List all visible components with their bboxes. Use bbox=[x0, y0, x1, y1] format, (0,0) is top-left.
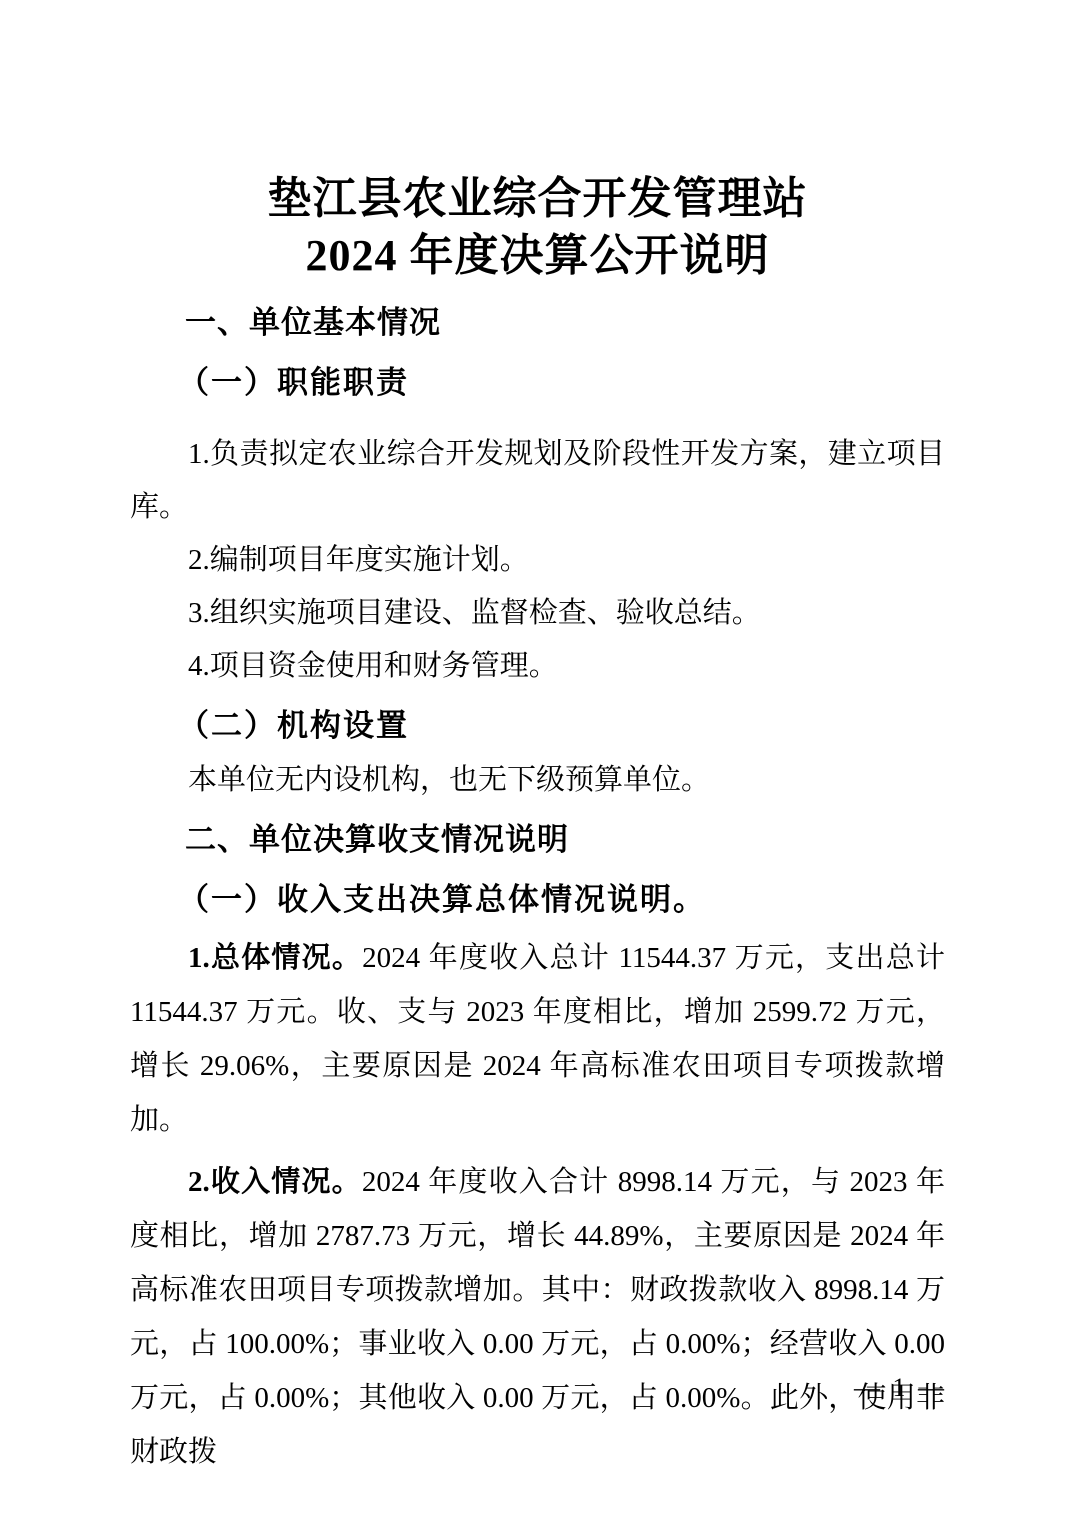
overall-paragraph: 1.总体情况。2024 年度收入总计 11544.37 万元，支出总计 1154… bbox=[130, 931, 945, 1147]
document-content: 垫江县农业综合开发管理站 2024 年度决算公开说明 一、单位基本情况 （一）职… bbox=[130, 0, 945, 1479]
overall-paragraph-lead: 1.总体情况。 bbox=[188, 942, 362, 974]
document-title-line2: 2024 年度决算公开说明 bbox=[130, 227, 945, 284]
duty-item-3: 3.组织实施项目建设、监督检查、验收总结。 bbox=[130, 587, 945, 640]
subsection-2-1-heading: （一）收入支出决算总体情况说明。 bbox=[130, 873, 945, 927]
section-1-heading: 一、单位基本情况 bbox=[130, 296, 945, 350]
income-paragraph-text: 2024 年度收入合计 8998.14 万元，与 2023 年度相比，增加 27… bbox=[130, 1166, 945, 1468]
duty-item-2: 2.编制项目年度实施计划。 bbox=[130, 534, 945, 587]
subsection-1-2-heading: （二）机构设置 bbox=[130, 699, 945, 753]
subsection-1-1-heading: （一）职能职责 bbox=[130, 356, 945, 410]
duty-item-1: 1.负责拟定农业综合开发规划及阶段性开发方案，建立项目库。 bbox=[130, 428, 945, 534]
income-paragraph: 2.收入情况。2024 年度收入合计 8998.14 万元，与 2023 年度相… bbox=[130, 1155, 945, 1479]
section-2-heading: 二、单位决算收支情况说明 bbox=[130, 813, 945, 867]
document-page: 垫江县农业综合开发管理站 2024 年度决算公开说明 一、单位基本情况 （一）职… bbox=[0, 0, 1075, 1520]
page-number: — 1 — bbox=[854, 1372, 947, 1404]
duty-item-4: 4.项目资金使用和财务管理。 bbox=[130, 640, 945, 693]
org-setup-paragraph: 本单位无内设机构，也无下级预算单位。 bbox=[130, 753, 945, 807]
income-paragraph-lead: 2.收入情况。 bbox=[188, 1166, 362, 1198]
document-title-line1: 垫江县农业综合开发管理站 bbox=[130, 170, 945, 227]
